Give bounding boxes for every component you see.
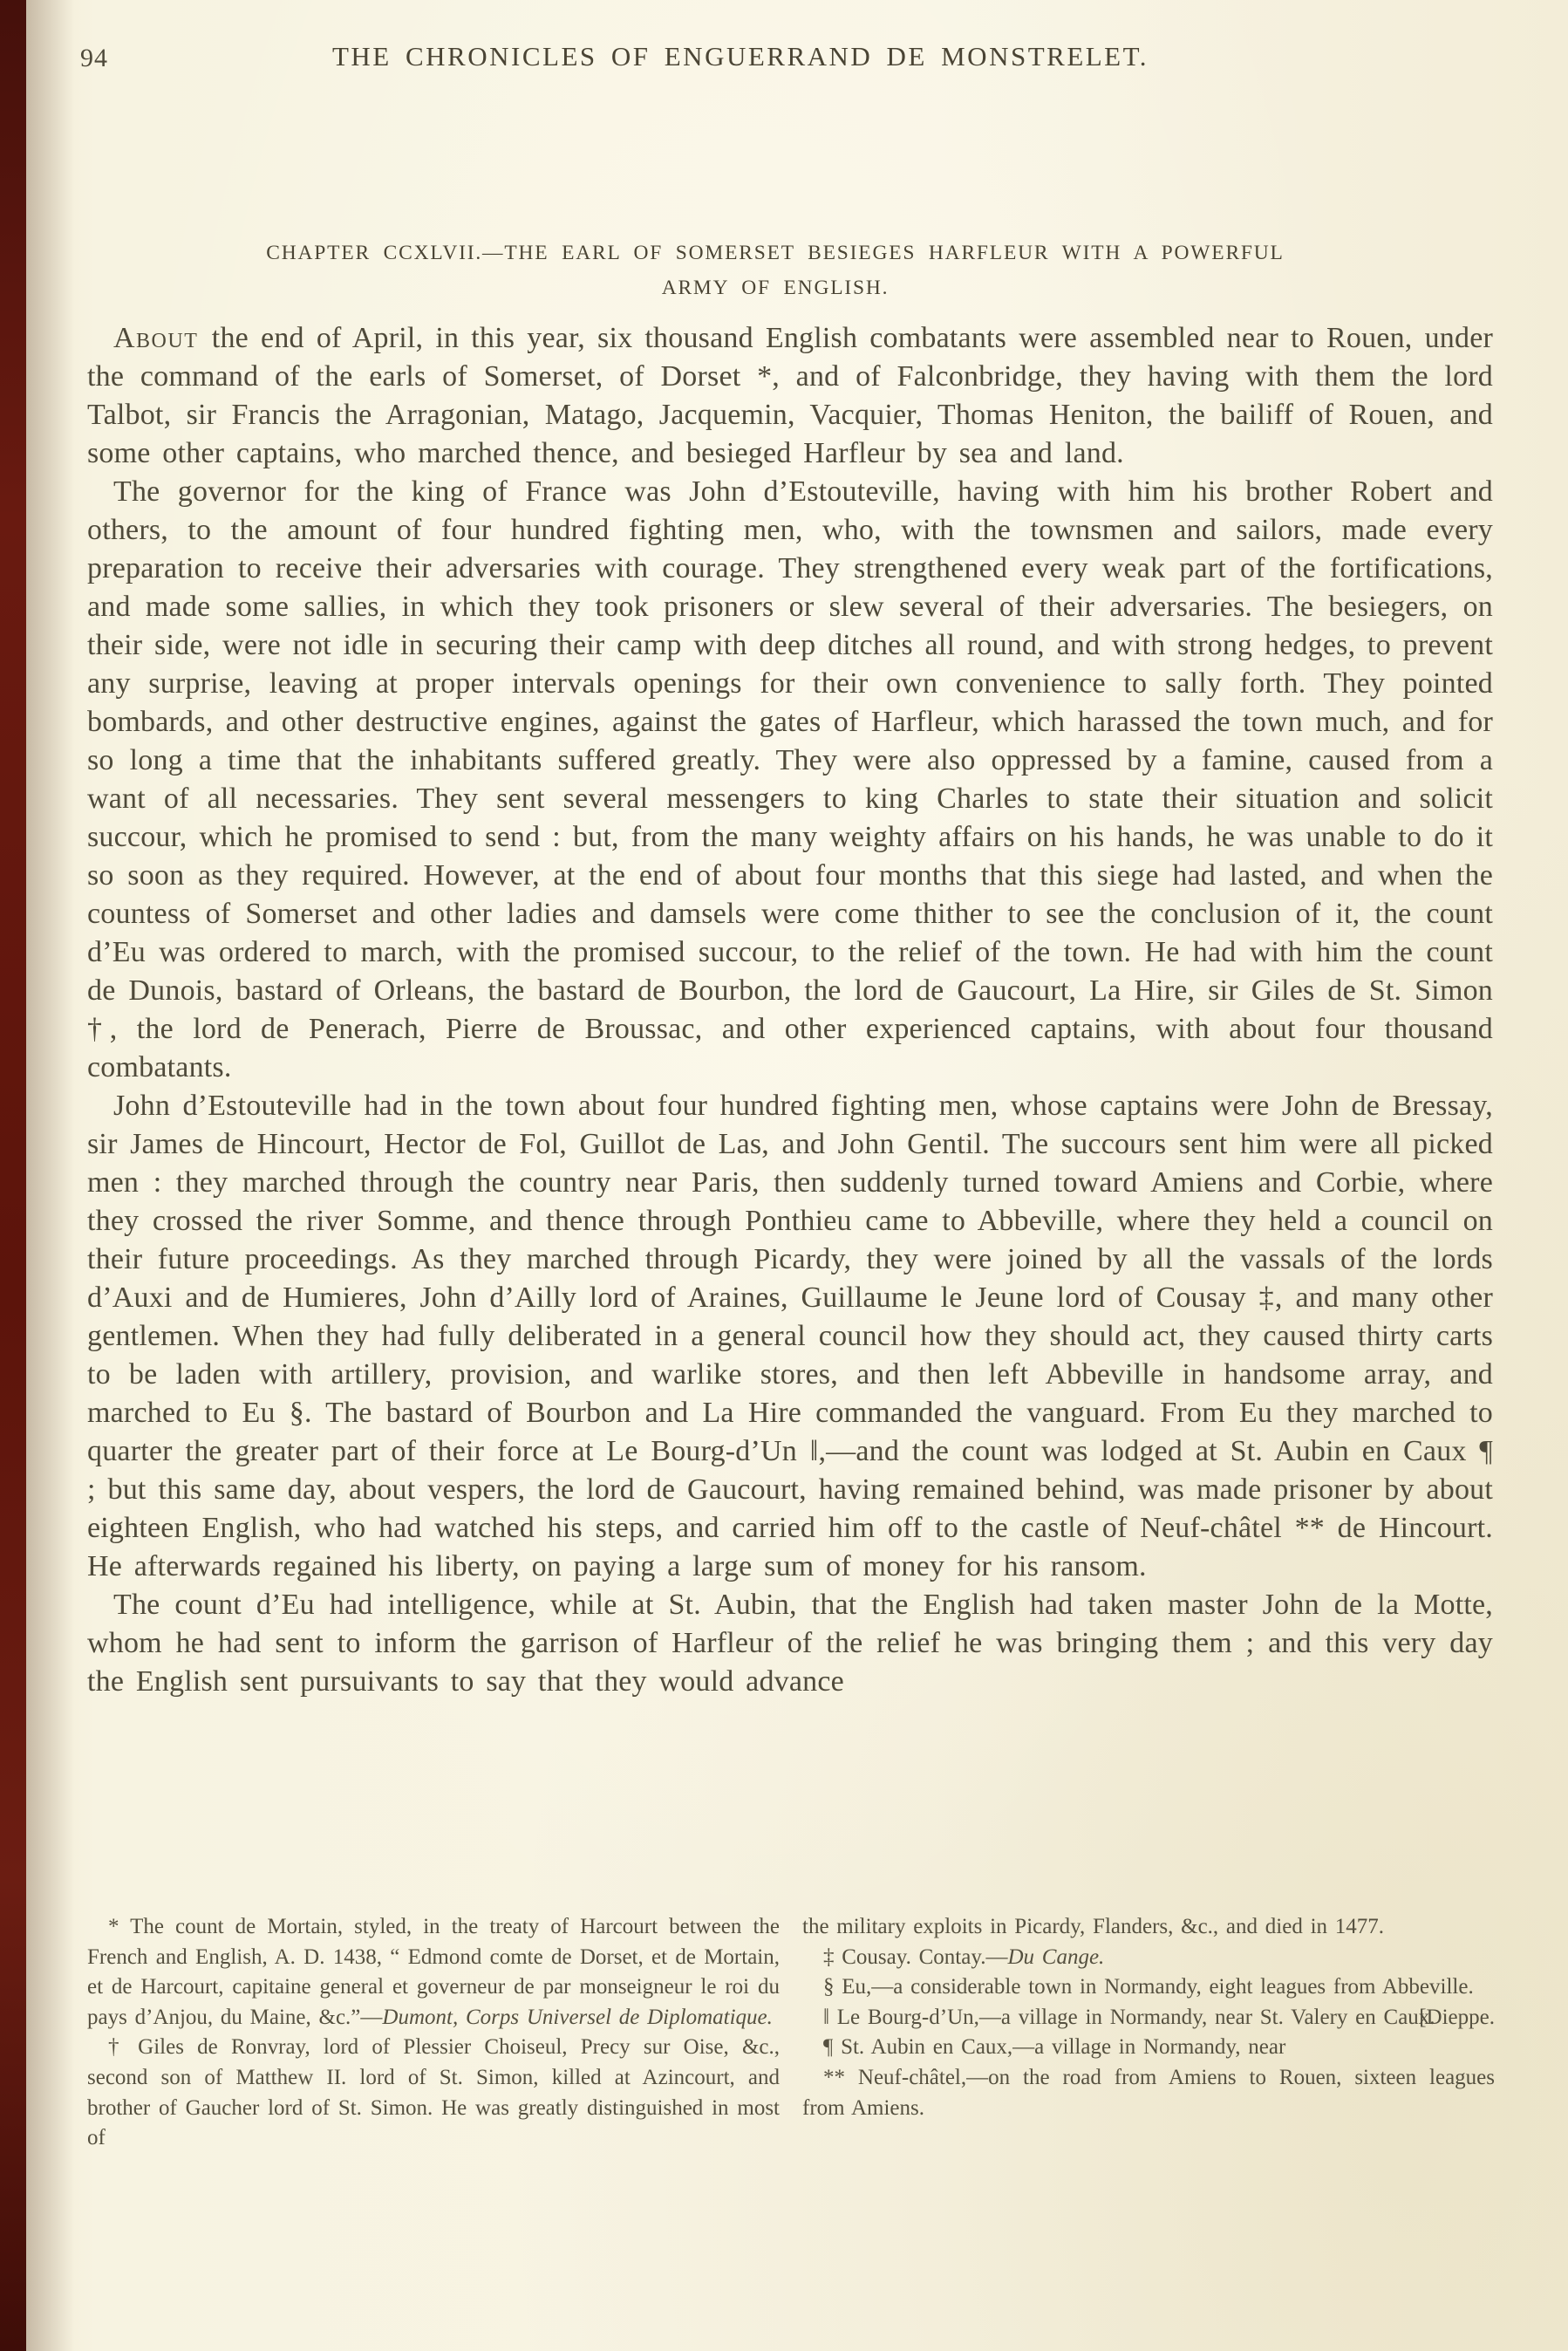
chapter-heading-line1: CHAPTER CCXLVII.—THE EARL OF SOMERSET BE… (87, 236, 1463, 270)
footnote-pilcrow: ¶ St. Aubin en Caux,—a village in Norman… (802, 2033, 1495, 2063)
binding-edge (0, 0, 26, 2351)
footnote-dagger: † Giles de Ronvray, lord of Plessier Cho… (87, 2033, 780, 2153)
paragraph-4: The count d’Eu had intelligence, while a… (87, 1586, 1493, 1701)
footnote-parallel-text: ‖ Le Bourg-d’Un,—a village in Normandy, … (823, 2006, 1435, 2029)
footnote-asterisk: * The count de Mortain, styled, in the t… (87, 1912, 780, 2033)
paragraph-3: John d’Estouteville had in the town abou… (87, 1087, 1493, 1586)
footnotes: * The count de Mortain, styled, in the t… (87, 1912, 1495, 2154)
paragraph-2: The governor for the king of France was … (87, 473, 1493, 1087)
footnote-asterisk-citation: Dumont, Corps Universel de Diplomatique. (382, 2006, 772, 2029)
footnote-parallel: ‖ Le Bourg-d’Un,—a village in Normandy, … (802, 2003, 1495, 2033)
chapter-heading: CHAPTER CCXLVII.—THE EARL OF SOMERSET BE… (87, 236, 1463, 305)
body-text: About the end of April, in this year, si… (87, 319, 1493, 1701)
chapter-heading-line2: ARMY OF ENGLISH. (87, 270, 1463, 305)
book-page: 94 THE CHRONICLES OF ENGUERRAND DE MONST… (0, 0, 1568, 2351)
paragraph-1: About the end of April, in this year, si… (87, 319, 1493, 473)
footnote-dagger-continuation: the military exploits in Picardy, Flande… (802, 1912, 1495, 1943)
footnote-double-asterisk: ** Neuf-châtel,—on the road from Amiens … (802, 2063, 1495, 2123)
footnote-column-right: the military exploits in Picardy, Flande… (802, 1912, 1495, 2154)
footnote-column-left: * The count de Mortain, styled, in the t… (87, 1912, 780, 2154)
footnote-turnover-dieppe: [Dieppe. (1398, 2003, 1495, 2033)
running-head: THE CHRONICLES OF ENGUERRAND DE MONSTREL… (52, 41, 1428, 72)
footnote-double-dagger-text: ‡ Cousay. Contay.— (823, 1945, 1007, 1969)
footnote-double-dagger-citation: Du Cange. (1007, 1945, 1104, 1969)
footnote-double-dagger: ‡ Cousay. Contay.—Du Cange. (802, 1943, 1495, 1973)
paragraph-1-lead-word: About (113, 322, 212, 354)
binding-shadow (26, 0, 74, 2351)
paragraph-1-text: the end of April, in this year, six thou… (87, 322, 1493, 469)
footnote-section: § Eu,—a considerable town in Normandy, e… (802, 1972, 1495, 2003)
